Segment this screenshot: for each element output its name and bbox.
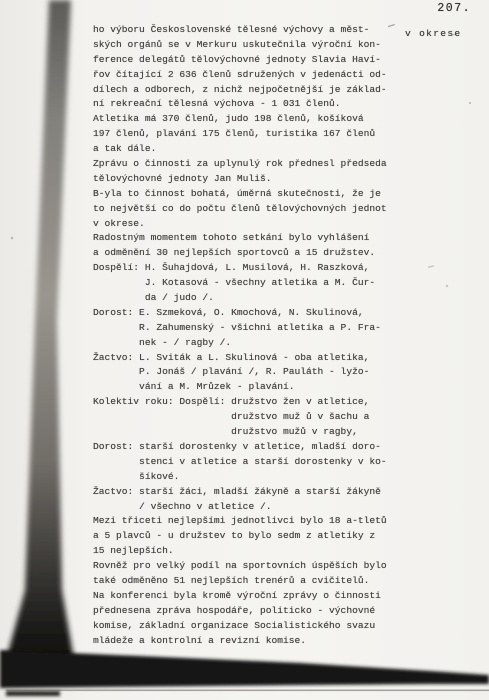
text-line: mládeže a kontrolní a revizní komise. (93, 634, 387, 649)
page-background: 207. v okrese ho výboru Československé t… (0, 0, 489, 700)
text-line: ference delegátů tělovýchovné jednoty Sl… (93, 53, 387, 68)
document-text: ho výboru Československé tělesné výchovy… (93, 23, 387, 648)
next-page-edge-stub (6, 691, 60, 696)
text-line: P. Jonáš / plavání /, R. Pauláth - lyžo- (93, 365, 387, 380)
page-number: 207. (437, 2, 471, 15)
text-line: Žactvo: L. Sviták a L. Skulinová - oba a… (93, 351, 387, 366)
text-line: Kolektiv roku: Dospělí: družstvo žen v a… (93, 395, 387, 410)
text-line: šíkové. (93, 470, 387, 485)
text-line: to největší co do počtu členů tělovýchov… (93, 202, 387, 217)
scan-speck (428, 265, 434, 267)
text-line: Radostným momentem tohoto setkání bylo v… (93, 231, 387, 246)
text-line: stenci v atletice a starší dorostenky v … (93, 455, 387, 470)
text-line: a tak dále. (93, 142, 387, 157)
text-line: také odměněno 51 nejlepších trenérů a cv… (93, 574, 387, 589)
text-line: Atletika má 370 členů, judo 198 členů, k… (93, 112, 387, 127)
text-line: J. Kotasová - všechny atletika a M. Čur- (93, 276, 387, 291)
text-line: B-yla to činnost bohatá, úměrná skutečno… (93, 187, 387, 202)
scan-speck (446, 285, 448, 287)
text-line: v okrese. (93, 217, 387, 232)
page-bottom-shadow (0, 650, 489, 688)
text-line: ských orgánů se v Merkuru uskutečnila vý… (93, 38, 387, 53)
text-line: a odměnění 30 nejlepších sportovců a 15 … (93, 246, 387, 261)
text-line: Zprávu o činnosti za uplynulý rok předne… (93, 157, 387, 172)
scan-speck (11, 237, 14, 240)
text-line: Dorost: E. Szmeková, O. Kmochová, N. Sku… (93, 306, 387, 321)
text-line: Rovněž pro velký podíl na sportovních ús… (93, 559, 387, 574)
scanned-page: { "document": { "page_number": "207.", "… (0, 0, 489, 700)
scan-speck (469, 102, 471, 104)
margin-annotation: v okrese (405, 28, 461, 39)
text-line: dílech a odborech, z nichž nejpočetnější… (93, 83, 387, 98)
text-line: družstvo mužů v ragby, (93, 425, 387, 440)
text-line: řov čítající 2 636 členů sdružených v je… (93, 68, 387, 83)
text-line: Dorost: starší dorostenky v atletice, ml… (93, 440, 387, 455)
text-line: vání a M. Mrůzek - plavání. (93, 380, 387, 395)
text-line: / všechno v atletice /. (93, 500, 387, 515)
book-spine-shadow (6, 0, 74, 660)
next-page-edge-line (6, 690, 489, 692)
text-line: 15 nejlepších. (93, 544, 387, 559)
text-line: Žactvo: starší žáci, mladší žákyně a sta… (93, 485, 387, 500)
text-line: nek - / ragby /. (93, 336, 387, 351)
text-line: ní rekreační tělesná výchova - 1 031 čle… (93, 97, 387, 112)
text-line: ho výboru Československé tělesné výchovy… (93, 23, 387, 38)
text-line: Na konferenci byla kromě výroční zprávy … (93, 589, 387, 604)
text-line: da / judo /. (93, 291, 387, 306)
text-line: přednesena zpráva hospodáře, politicko -… (93, 604, 387, 619)
text-line: 197 členů, plavání 175 členů, turistika … (93, 127, 387, 142)
text-line: a 5 plavců - u družstev to bylo sedm z a… (93, 529, 387, 544)
text-line: komise, základní organizace Socialistick… (93, 619, 387, 634)
text-line: družstvo muž ů v šachu a (93, 410, 387, 425)
text-line: Mezi třiceti nejlepšími jednotlivci bylo… (93, 514, 387, 529)
scan-speck (388, 24, 395, 27)
text-line: tělovýchovné jednoty Jan Muliš. (93, 172, 387, 187)
text-line: Dospělí: H. Šuhajdová, L. Musilová, H. R… (93, 261, 387, 276)
text-line: R. Zahumenský - všichni atletika a P. Fr… (93, 321, 387, 336)
